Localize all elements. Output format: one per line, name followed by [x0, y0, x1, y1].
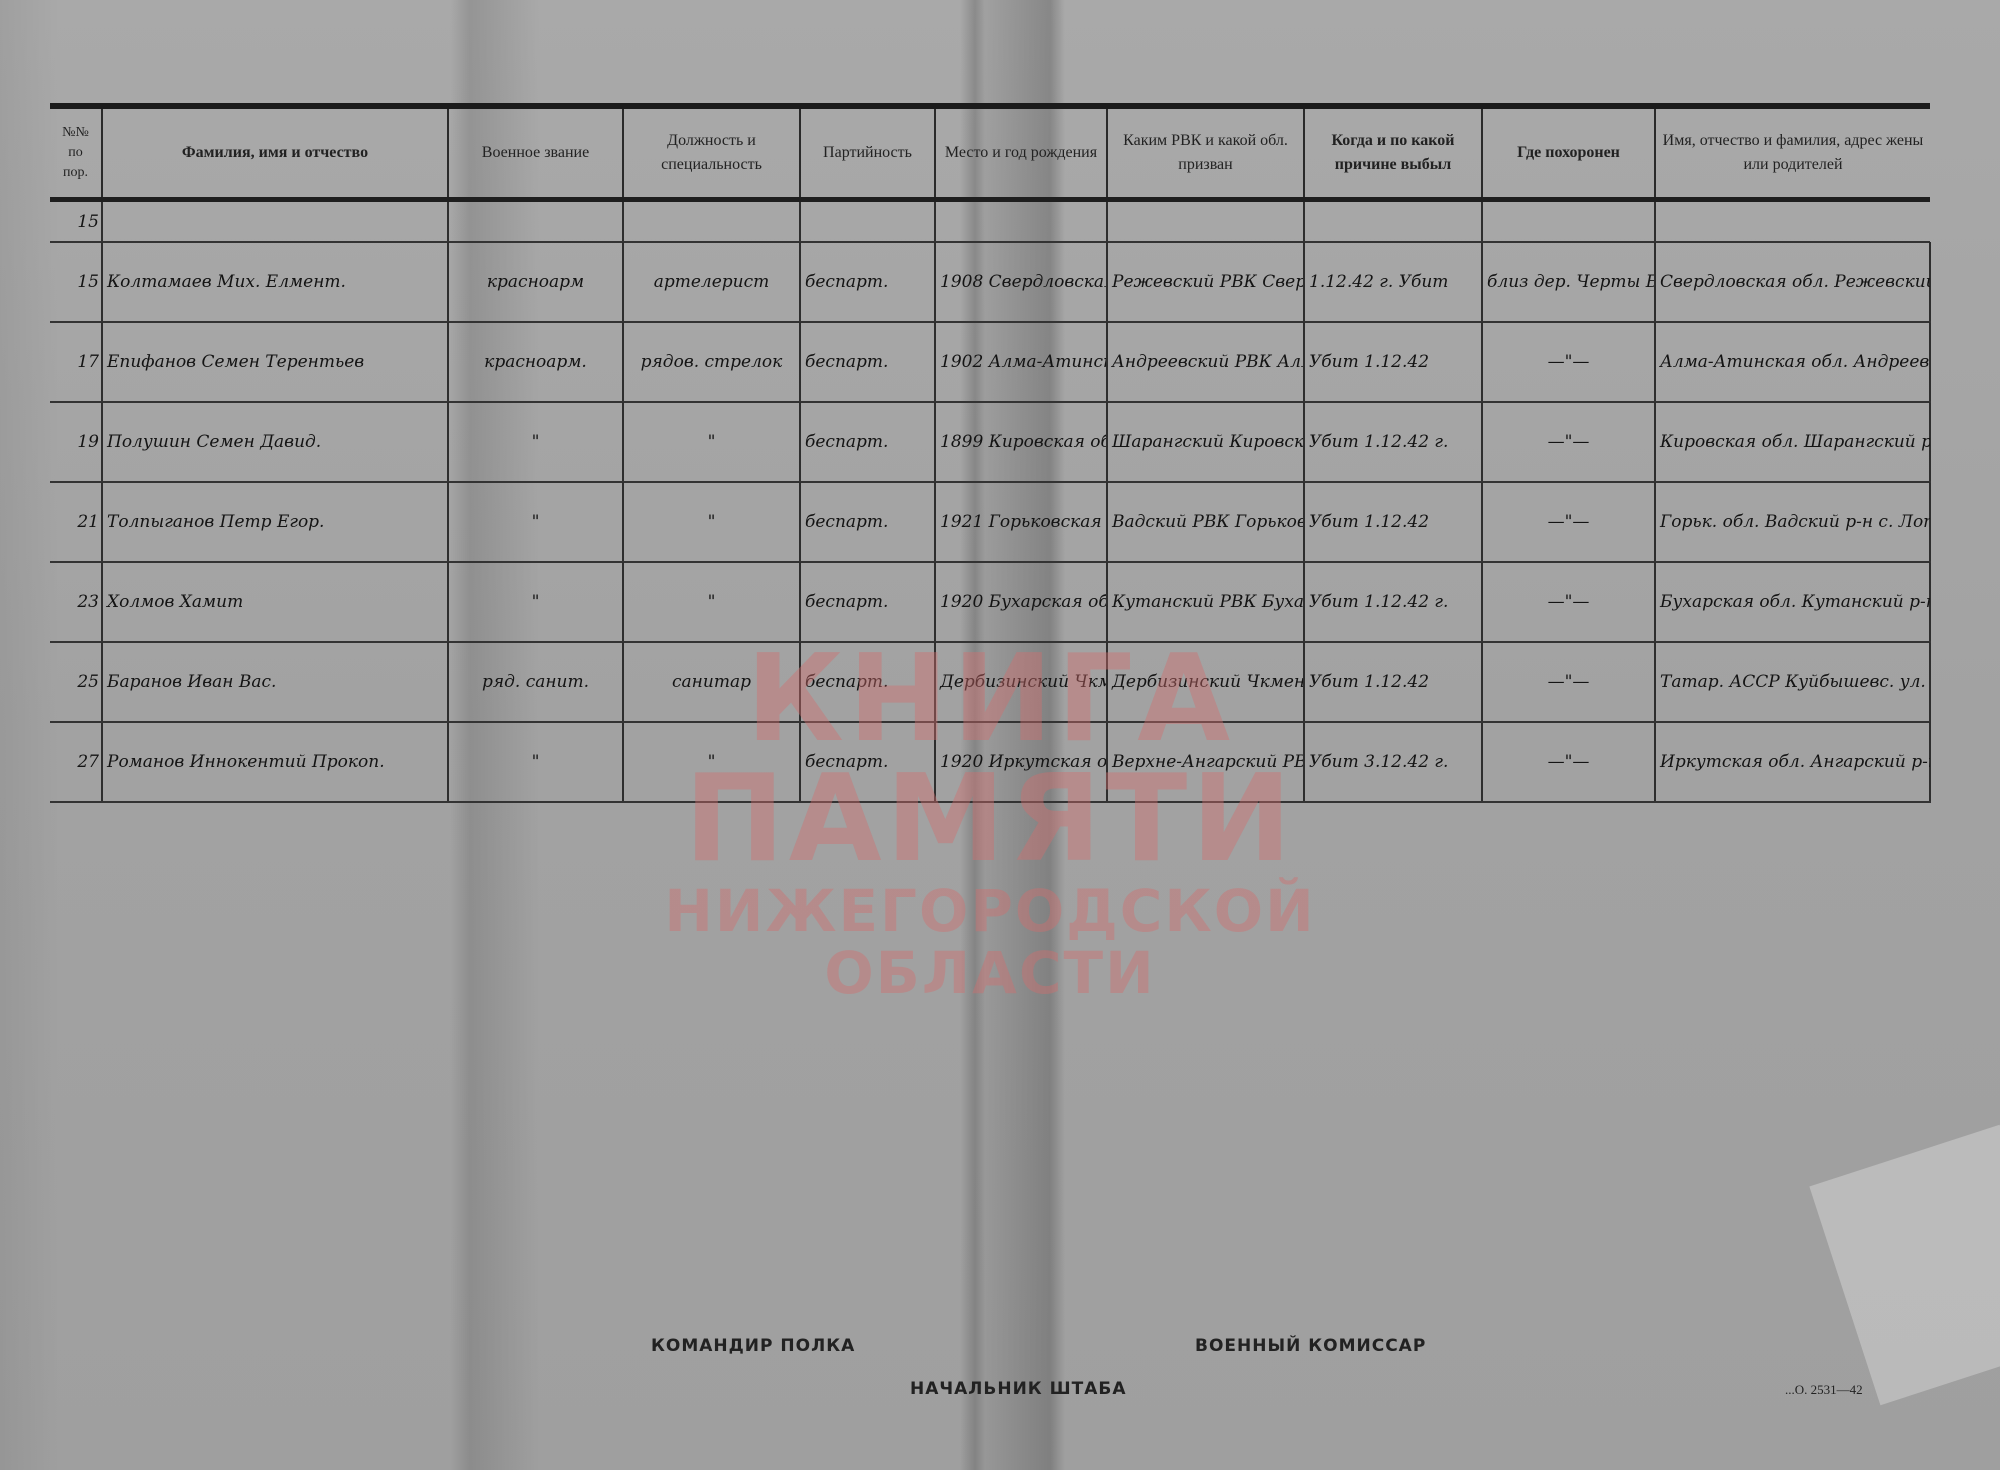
col-header-party: Партийность: [800, 109, 935, 200]
cell-rvk: Кутанский РВК Бухарской обл.: [1107, 562, 1304, 642]
cell-departed: Убит 1.12.42 г.: [1304, 562, 1482, 642]
cell-rank: ": [448, 402, 623, 482]
cell-num: 17: [50, 322, 102, 402]
cell-buried: —"—: [1482, 322, 1655, 402]
cell-rvk: Вадский РВК Горьковск. обл.: [1107, 482, 1304, 562]
cell-rank: ": [448, 722, 623, 802]
cell-position: [623, 200, 800, 243]
cell-relatives: Кировская обл. Шарангский р-н дер. Свинц…: [1655, 402, 1930, 482]
table-row: 15: [50, 200, 1930, 243]
cell-party: беспарт.: [800, 722, 935, 802]
col-header-buried: Где похоронен: [1482, 109, 1655, 200]
cell-position: рядов. стрелок: [623, 322, 800, 402]
cell-num: 25: [50, 642, 102, 722]
header-row: №№ по пор. Фамилия, имя и отчество Военн…: [50, 109, 1930, 200]
cell-departed: [1304, 200, 1482, 243]
cell-birth: 1921 Горьковская обл. Вадский р-н с. Лоп…: [935, 482, 1107, 562]
cell-num: 21: [50, 482, 102, 562]
cell-birth: 1902 Алма-Атинская обл. Андреевский р-н: [935, 322, 1107, 402]
cell-rvk: Режевский РВК Свердловской обл.: [1107, 242, 1304, 322]
cell-rvk: Андреевский РВК Алма-Атинской обл.: [1107, 322, 1304, 402]
col-header-name: Фамилия, имя и отчество: [102, 109, 448, 200]
cell-position: ": [623, 562, 800, 642]
cell-rvk: Дербизинский Чкментской обл.: [1107, 642, 1304, 722]
print-code: ...О. 2531—42: [1785, 1382, 1863, 1398]
cell-position: ": [623, 482, 800, 562]
cell-rank: [448, 200, 623, 243]
cell-buried: близ дер. Черты Белевского района: [1482, 242, 1655, 322]
cell-birth: 1899 Кировская обл. Шарангский р-н: [935, 402, 1107, 482]
cell-position: ": [623, 402, 800, 482]
cell-buried: —"—: [1482, 482, 1655, 562]
cell-departed: Убит 1.12.42 г.: [1304, 402, 1482, 482]
cell-relatives: Татар. АССР Куйбышевс. ул. Скворцова 62 …: [1655, 642, 1930, 722]
cell-num: 15: [50, 242, 102, 322]
cell-buried: [1482, 200, 1655, 243]
cell-departed: Убит 1.12.42: [1304, 642, 1482, 722]
cell-buried: —"—: [1482, 562, 1655, 642]
signature-commander-label: КОМАНДИР ПОЛКА: [651, 1336, 855, 1356]
col-header-number: №№ по пор.: [50, 109, 102, 200]
cell-rvk: [1107, 200, 1304, 243]
cell-position: санитар: [623, 642, 800, 722]
col-header-relatives: Имя, отчество и фамилия, адрес жены или …: [1655, 109, 1930, 200]
cell-name: Баранов Иван Вас.: [102, 642, 448, 722]
cell-party: беспарт.: [800, 642, 935, 722]
cell-departed: Убит 1.12.42: [1304, 482, 1482, 562]
cell-rvk: Верхне-Ангарский РВК Иркутской обл.: [1107, 722, 1304, 802]
signature-commissar-label: ВОЕННЫЙ КОМИССАР: [1195, 1336, 1426, 1356]
signature-chief-of-staff-label: НАЧАЛЬНИК ШТАБА: [910, 1379, 1127, 1399]
cell-relatives: Иркутская обл. Ангарский р-н, с. Уэн №2 …: [1655, 722, 1930, 802]
cell-position: артелерист: [623, 242, 800, 322]
cell-rank: ряд. санит.: [448, 642, 623, 722]
col-header-departed: Когда и по какой причине выбыл: [1304, 109, 1482, 200]
cell-buried: —"—: [1482, 402, 1655, 482]
cell-rvk: Шарангский Кировской обл.: [1107, 402, 1304, 482]
col-header-birth: Место и год рождения: [935, 109, 1107, 200]
cell-name: [102, 200, 448, 243]
table-row: 27Романов Иннокентий Прокоп.""беспарт.19…: [50, 722, 1930, 802]
cell-relatives: Горьк. обл. Вадский р-н с. Лопатино мать…: [1655, 482, 1930, 562]
cell-party: беспарт.: [800, 562, 935, 642]
cell-birth: 1908 Свердловская Режевский р-н: [935, 242, 1107, 322]
col-header-rvk: Каким РВК и какой обл. призван: [1107, 109, 1304, 200]
cell-name: Холмов Хамит: [102, 562, 448, 642]
cell-birth: 1920 Иркутская обл. Ангарский р-н: [935, 722, 1107, 802]
cell-relatives: Свердловская обл. Режевский р-н дер. Кол…: [1655, 242, 1930, 322]
cell-num: 19: [50, 402, 102, 482]
cell-relatives: Алма-Атинская обл. Андреевский р-н хут. …: [1655, 322, 1930, 402]
cell-departed: Убит 3.12.42 г.: [1304, 722, 1482, 802]
cell-party: беспарт.: [800, 242, 935, 322]
cell-relatives: [1655, 200, 1930, 243]
cell-party: беспарт.: [800, 482, 935, 562]
cell-num: 15: [50, 200, 102, 243]
cell-name: Колтамаев Мих. Елмент.: [102, 242, 448, 322]
cell-birth: [935, 200, 1107, 243]
cell-birth: Дербизинский Чкментский обл.: [935, 642, 1107, 722]
casualty-register-table: №№ по пор. Фамилия, имя и отчество Военн…: [50, 109, 1930, 803]
cell-rank: красноарм.: [448, 322, 623, 402]
cell-rank: ": [448, 482, 623, 562]
col-header-rank: Военное звание: [448, 109, 623, 200]
cell-buried: —"—: [1482, 722, 1655, 802]
cell-name: Полушин Семен Давид.: [102, 402, 448, 482]
cell-departed: Убит 1.12.42: [1304, 322, 1482, 402]
cell-rank: ": [448, 562, 623, 642]
cell-name: Епифанов Семен Терентьев: [102, 322, 448, 402]
cell-party: беспарт.: [800, 322, 935, 402]
cell-rank: красноарм: [448, 242, 623, 322]
cell-num: 23: [50, 562, 102, 642]
cell-name: Толпыганов Петр Егор.: [102, 482, 448, 562]
cell-departed: 1.12.42 г. Убит: [1304, 242, 1482, 322]
cell-num: 27: [50, 722, 102, 802]
cell-birth: 1920 Бухарская обл. Кутанский р-н: [935, 562, 1107, 642]
col-header-position: Должность и специальность: [623, 109, 800, 200]
cell-name: Романов Иннокентий Прокоп.: [102, 722, 448, 802]
cell-buried: —"—: [1482, 642, 1655, 722]
cell-position: ": [623, 722, 800, 802]
cell-party: беспарт.: [800, 402, 935, 482]
cell-party: [800, 200, 935, 243]
cell-relatives: Бухарская обл. Кутанский р-н колх. им. К…: [1655, 562, 1930, 642]
